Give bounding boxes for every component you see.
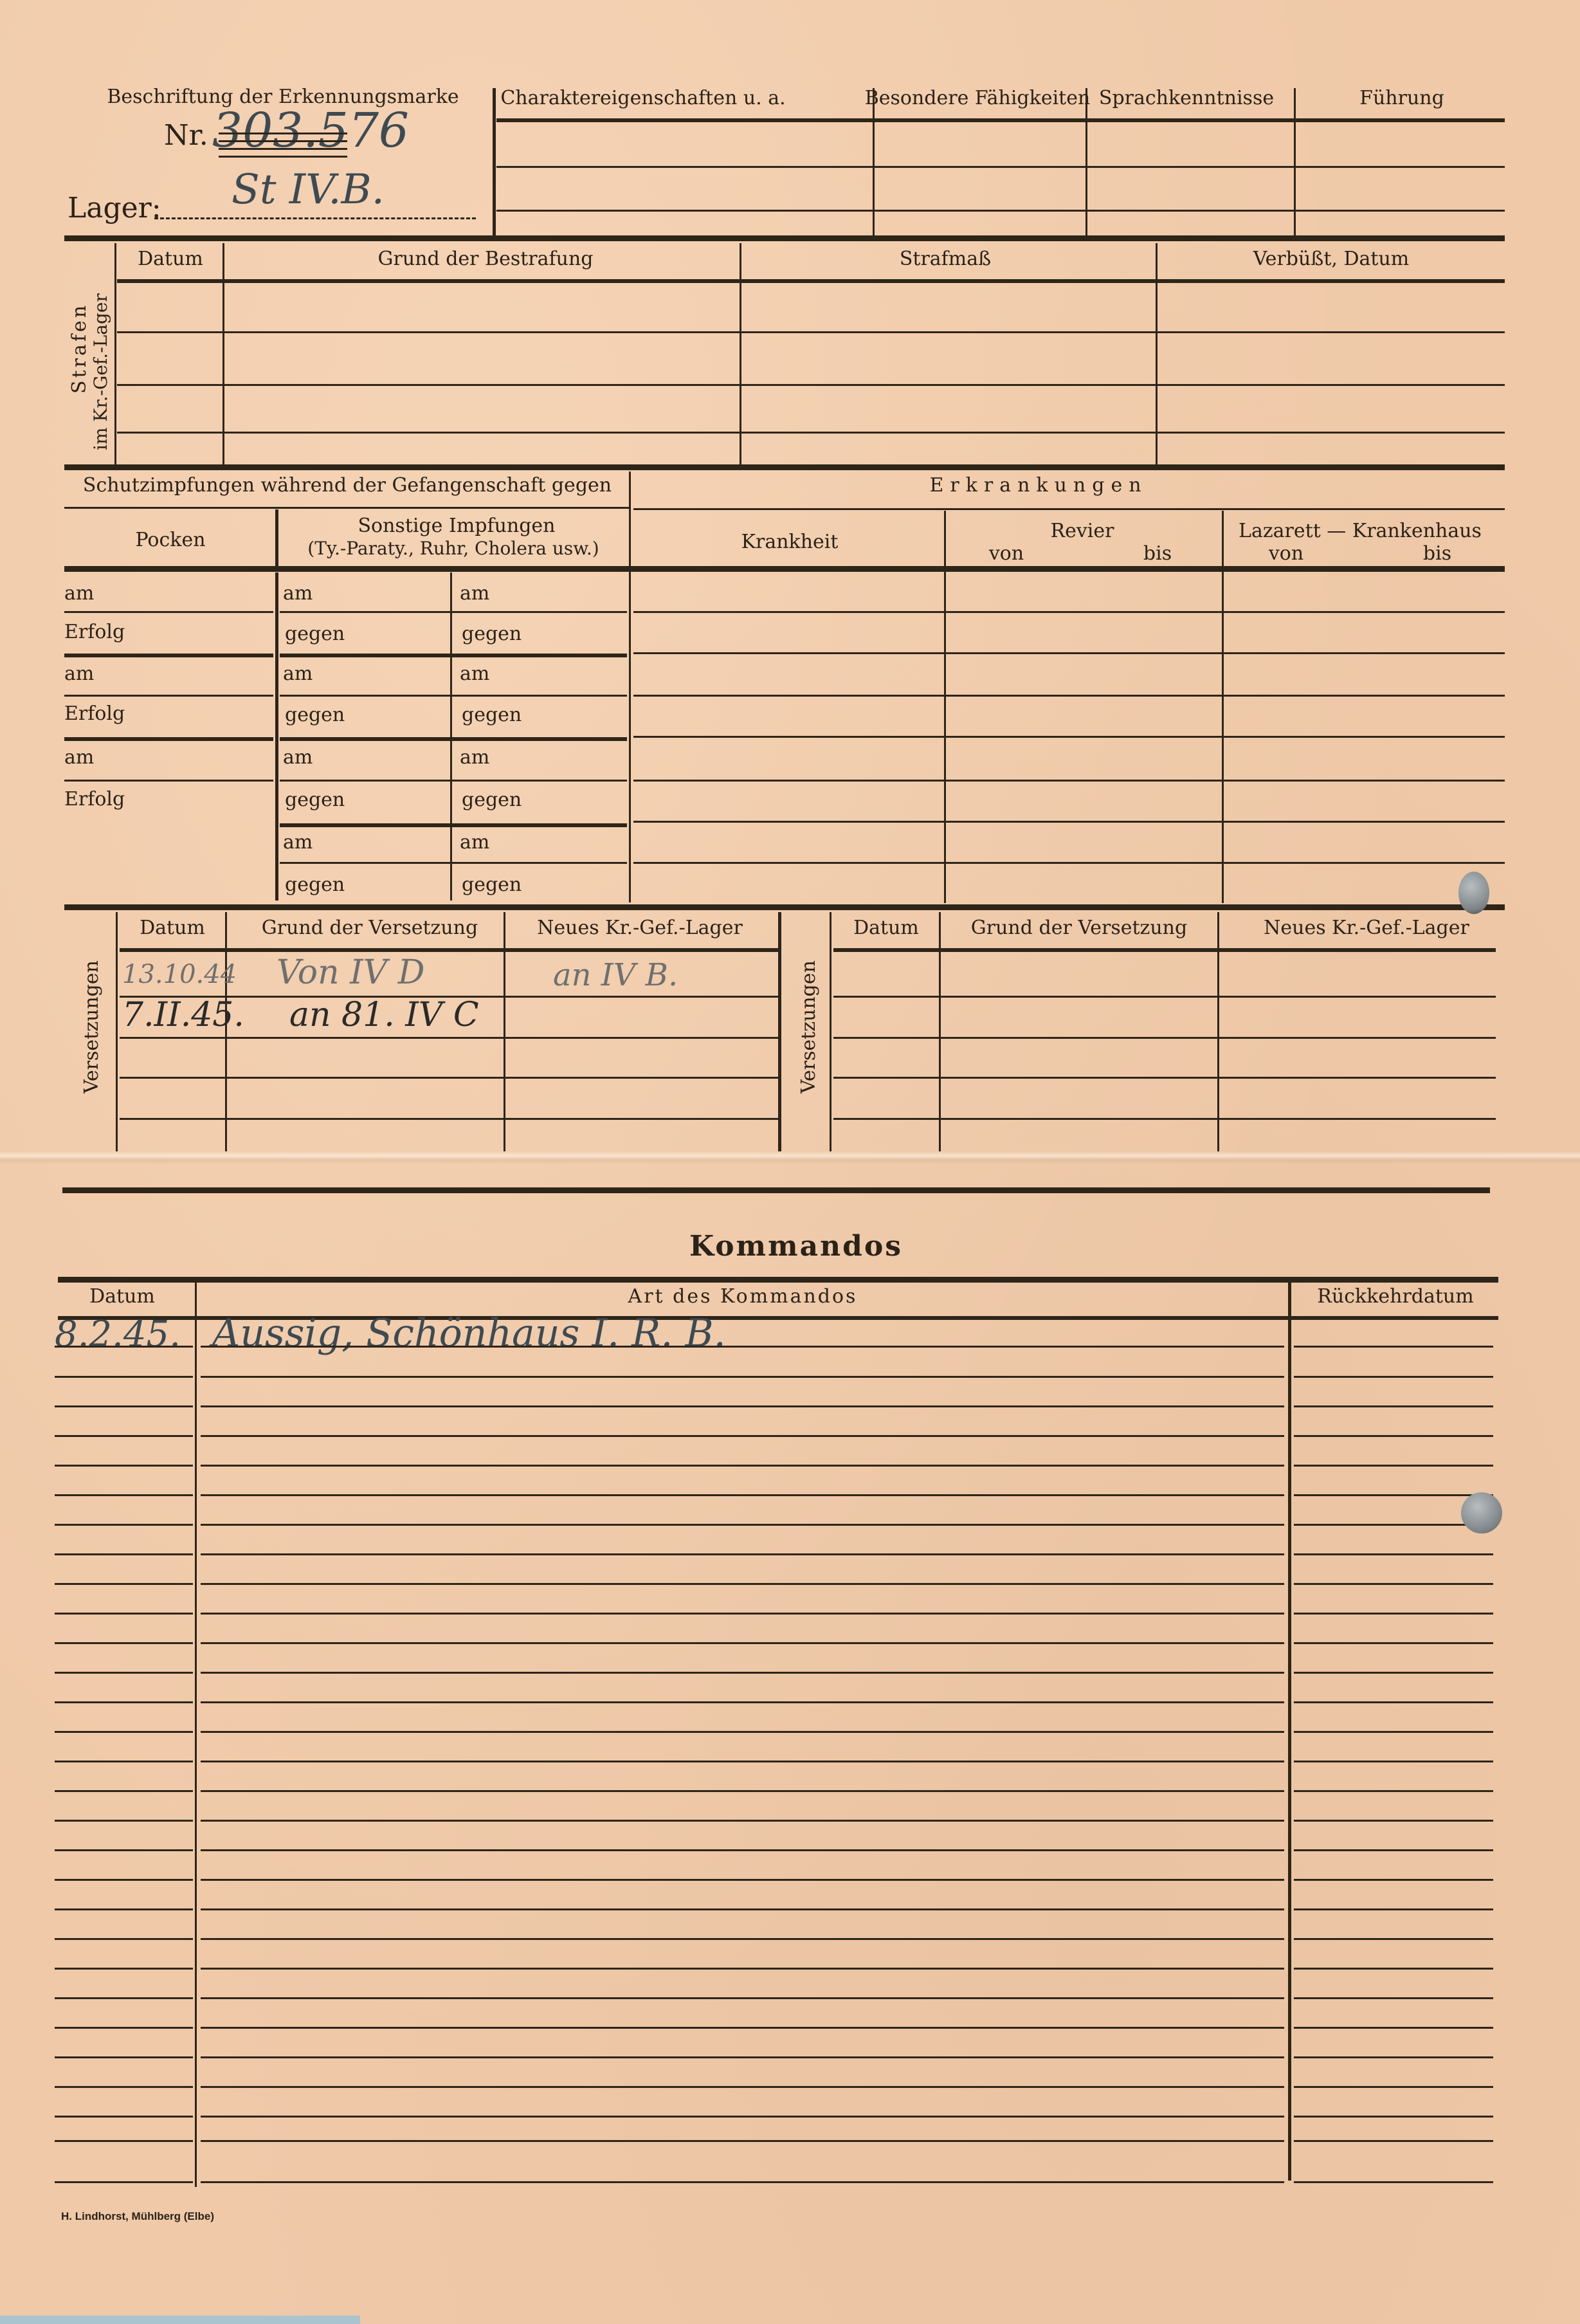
illness-row [633, 862, 1505, 864]
illness-row [633, 736, 1505, 738]
pun-row [117, 432, 1505, 434]
vacc-other-sublabel: (Ty.-Paraty., Ruhr, Cholera usw.) [307, 538, 599, 559]
illness-row [633, 611, 1505, 613]
other-a-gegen-3: gegen [285, 789, 345, 811]
col-charakter: Charaktereigenschaften u. a. [500, 87, 785, 109]
pun-header-datum: Datum [138, 248, 203, 270]
other-b-am-4: am [460, 831, 489, 854]
pun-header-grund: Grund der Bestrafung [378, 248, 594, 270]
nr-value[interactable]: 303.576 [212, 103, 409, 158]
printer-imprint: H. Lindhorst, Mühlberg (Elbe) [61, 2210, 214, 2223]
pocken-row-am-1: am [64, 582, 94, 605]
illness-header-lazarett-von: von [1269, 542, 1303, 565]
illness-header-lazarett-bis: bis [1423, 542, 1451, 565]
trans-r-header-datum: Datum [853, 917, 919, 939]
transfer-1-grund[interactable]: Von IV D [277, 953, 424, 992]
illness-row [633, 821, 1505, 823]
illness-title: Erkrankungen [929, 474, 1147, 497]
other-a-am-4: am [283, 831, 313, 854]
pun-row [117, 331, 1505, 333]
vacc-pocken-label: Pocken [135, 529, 205, 551]
punch-hole [1458, 872, 1489, 914]
transfers-side-label-right: Versetzungen [797, 960, 820, 1093]
pocken-row-erfolg-2: Erfolg [64, 702, 125, 725]
trans-header-datum: Datum [140, 917, 205, 939]
transfer-1-lager[interactable]: an IV B. [553, 957, 678, 993]
transfer-1-datum[interactable]: 13.10.44 [122, 960, 237, 989]
illness-row [633, 695, 1505, 697]
other-b-gegen-1: gegen [462, 623, 522, 645]
pun-row [117, 384, 1505, 386]
vacc-other-label: Sonstige Impfungen [358, 515, 555, 537]
transfer-2-datum[interactable]: 7.II.45. [122, 996, 244, 1034]
other-b-am-1: am [460, 582, 489, 605]
other-b-gegen-4: gegen [462, 874, 522, 896]
pun-header-verbuesst: Verbüßt, Datum [1253, 248, 1409, 270]
col-faehigkeiten: Besondere Fähigkeiten [865, 87, 1091, 109]
scan-background-edge [0, 2316, 360, 2324]
transfer-2-grund[interactable]: an 81. IV C [289, 996, 479, 1034]
other-b-am-2: am [460, 663, 489, 685]
nr-label: Nr. [164, 119, 208, 152]
kommando-header-art: Art des Kommandos [628, 1285, 858, 1308]
lager-value[interactable]: St IV.B. [232, 166, 385, 214]
col-sprachen: Sprachkenntnisse [1099, 87, 1274, 109]
other-a-am-1: am [283, 582, 313, 605]
pun-header-strafmass: Strafmaß [900, 248, 991, 270]
pocken-row-erfolg-1: Erfolg [64, 621, 125, 643]
kommando-1-datum[interactable]: 8.2.45. [55, 1313, 181, 1355]
pocken-row-am-3: am [64, 746, 94, 769]
other-a-am-2: am [283, 663, 313, 685]
pocken-row-am-2: am [64, 663, 94, 685]
pocken-row-erfolg-3: Erfolg [64, 788, 125, 810]
vacc-title: Schutzimpfungen während der Gefangenscha… [83, 474, 612, 497]
illness-row [633, 780, 1505, 782]
kommando-1-art[interactable]: Aussig, Schönhaus I. R. B. [212, 1311, 726, 1356]
kommandos-title: Kommandos [689, 1230, 903, 1263]
other-b-am-3: am [460, 746, 489, 769]
other-a-gegen-1: gegen [285, 623, 345, 645]
other-a-gegen-4: gegen [285, 874, 345, 896]
lager-field-line [154, 217, 476, 219]
other-a-am-3: am [283, 746, 313, 769]
trans-header-lager: Neues Kr.-Gef.-Lager [537, 917, 743, 939]
punch-hole [1461, 1492, 1502, 1533]
kommando-header-datum: Datum [89, 1285, 155, 1308]
col-fuehrung: Führung [1359, 87, 1444, 109]
illness-header-revier-von: von [989, 542, 1024, 565]
illness-header-revier: Revier [1051, 520, 1114, 542]
other-b-gegen-2: gegen [462, 704, 522, 726]
transfers-side-label: Versetzungen [80, 960, 103, 1093]
punishments-side-label-2: im Kr.-Gef.-Lager [90, 293, 111, 450]
trans-r-header-grund: Grund der Versetzung [971, 917, 1187, 939]
illness-header-lazarett: Lazarett — Krankenhaus [1239, 520, 1482, 542]
illness-header-krankheit: Krankheit [741, 531, 839, 553]
paper-fold [0, 1151, 1580, 1164]
lager-label: Lager: [68, 192, 161, 224]
trans-r-header-lager: Neues Kr.-Gef.-Lager [1264, 917, 1469, 939]
kommando-header-rueckkehr: Rückkehrdatum [1317, 1285, 1473, 1308]
illness-header-revier-bis: bis [1143, 542, 1172, 565]
illness-row [633, 652, 1505, 654]
punishments-side-label: Strafen [68, 303, 91, 394]
trans-header-grund: Grund der Versetzung [262, 917, 478, 939]
other-a-gegen-2: gegen [285, 704, 345, 726]
other-b-gegen-3: gegen [462, 789, 522, 811]
